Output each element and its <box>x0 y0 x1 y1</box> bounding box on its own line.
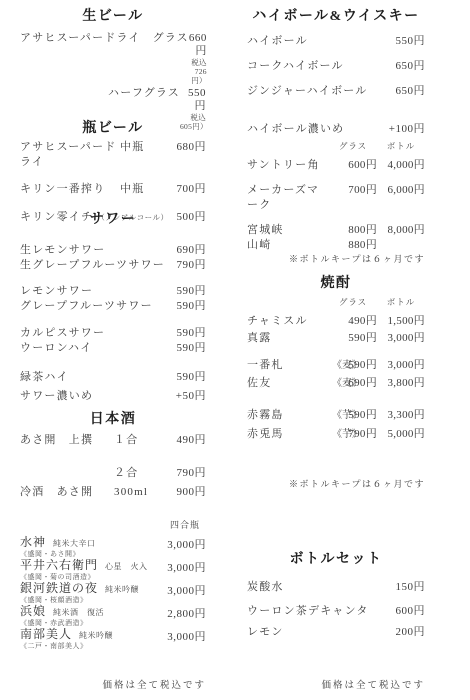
item-price: 650円 <box>396 59 426 74</box>
item-size: ２合 <box>114 466 160 481</box>
menu-item-row: 赤霧島 《芋》 590円 3,300円 <box>247 408 425 423</box>
item-name: 緑茶ハイ <box>20 370 69 385</box>
item-bottle-price: 8,000円 <box>377 223 425 238</box>
item-name: 真露 <box>247 331 329 346</box>
item-bottle-price: 4,000円 <box>377 158 425 173</box>
menu-item-row: 山崎 880円 <box>247 238 425 253</box>
bottle-column-header: ボトル <box>377 140 425 152</box>
item-name: 水神 <box>20 536 46 549</box>
item-name: コークハイボール <box>247 59 344 74</box>
item-name: ハイボール濃いめ <box>247 122 344 137</box>
section-shochu: 焼酎 <box>247 275 425 293</box>
item-price: 590円 <box>177 326 207 341</box>
item-name: 南部美人 <box>20 628 72 641</box>
item-bottle-price: 6,000円 <box>377 183 425 198</box>
item-name: 生レモンサワー <box>20 243 105 258</box>
item-glass-price: 700円 <box>329 183 377 198</box>
menu-item-row: ウーロンハイ 590円 <box>20 341 206 356</box>
item-price: +50円 <box>176 389 206 404</box>
shochu-list: チャミスル 490円 1,500円 真露 590円 3,000円 一番札 《麦》… <box>247 314 425 442</box>
item-spec: 純米吟醸 <box>79 629 113 642</box>
sake-bottle-item: 水神 純米大辛口 《盛岡・あさ開》 3,000円 <box>20 536 206 558</box>
section-title-sour: サワー <box>20 211 206 229</box>
menu-column-left: 生ビール アサヒスーパードライ グラス 660円 税込726円） ハーフグラス … <box>20 0 206 700</box>
item-size: 中瓶 <box>120 140 160 155</box>
price-column-headers: グラス ボトル <box>247 140 425 152</box>
section-title-bottle-set: ボトルセット <box>247 551 425 569</box>
item-price: 650円 <box>396 84 426 99</box>
sake-bottle-item: 銀河鉄道の夜 純米吟醸 《盛岡・桜顔酒造》 3,000円 <box>20 582 206 604</box>
menu-item-row: アサヒスーパードライ 中瓶 680円 <box>20 140 206 170</box>
sake-bottle-item: 浜娘 純米酒 復活 《盛岡・赤武酒造》 2,800円 <box>20 605 206 627</box>
section-draft-beer: 生ビール アサヒスーパードライ グラス 660円 税込726円） ハーフグラス … <box>20 8 206 131</box>
item-price: 790円 <box>160 466 206 481</box>
whisky-list: サントリー角 600円 4,000円 メーカーズマーク 700円 6,000円 … <box>247 158 425 253</box>
tax-included-note-left: 価格は全て税込です <box>20 677 206 691</box>
item-grain-type: 《麦》 <box>332 376 362 391</box>
menu-item-row: 宮城峡 800円 8,000円 <box>247 223 425 238</box>
item-name: 銀河鉄道の夜 <box>20 582 98 595</box>
section-title-sake: 日本酒 <box>20 411 206 429</box>
item-name: あさ開 上撰 <box>20 433 114 448</box>
item-price: 200円 <box>396 625 426 640</box>
item-name: 宮城峡 <box>247 223 329 238</box>
item-name: ジンジャーハイボール <box>247 84 367 99</box>
item-size: １合 <box>114 433 160 448</box>
menu-item-row: ハイボール 550円 <box>247 34 425 49</box>
item-name: アサヒスーパードライ <box>20 140 120 170</box>
section-title-draft-beer: 生ビール <box>20 8 206 26</box>
menu-item-row: 一番札 《麦》 590円 3,000円 <box>247 358 425 373</box>
item-name: 冷酒 あさ開 <box>20 485 114 500</box>
menu-item-row: サントリー角 600円 4,000円 <box>247 158 425 173</box>
menu-item-row: ウーロン茶デキャンタ 600円 <box>247 604 425 619</box>
item-price: 600円 <box>396 604 426 619</box>
menu-column-right: ハイボール&ウイスキー ハイボール 550円 コークハイボール 650円 ジンジ… <box>247 0 425 700</box>
menu-item-row: サワー濃いめ +50円 <box>20 389 206 404</box>
menu-item-row: ハイボール濃いめ +100円 <box>247 122 425 137</box>
item-size: ハーフグラス <box>20 86 180 101</box>
item-name: 佐友 <box>247 376 329 391</box>
section-title-highball: ハイボール&ウイスキー <box>247 8 425 26</box>
menu-item-row: チャミスル 490円 1,500円 <box>247 314 425 329</box>
menu-item-row: 炭酸水 150円 <box>247 580 425 595</box>
item-name: サワー濃いめ <box>20 389 93 404</box>
price-column-headers: グラス ボトル <box>247 296 425 308</box>
section-sake: 日本酒 あさ開 上撰 １合 490円 ２合 790円 冷酒 あさ開 300ml … <box>20 411 206 500</box>
menu-item-row: キリン一番搾り 中瓶 700円 <box>20 182 206 197</box>
item-price: 590円 <box>177 370 207 385</box>
item-name: アサヒスーパードライ <box>20 31 141 46</box>
menu-item-row: 佐友 《麦》 690円 3,800円 <box>247 376 425 391</box>
item-price: +100円 <box>389 122 425 137</box>
item-name: グレープフルーツサワー <box>20 299 153 314</box>
tax-included-note-right: 価格は全て税込です <box>247 677 425 691</box>
section-sake-bottles: 四合瓶 水神 純米大辛口 《盛岡・あさ開》 3,000円 平井六右衛門 心星 火… <box>20 518 206 651</box>
item-price: 680円 <box>160 140 206 155</box>
item-grain-type: 《麦》 <box>332 358 362 373</box>
glass-column-header: グラス <box>329 140 377 152</box>
item-name: キリン一番搾り <box>20 182 120 197</box>
menu-item-row: メーカーズマーク 700円 6,000円 <box>247 183 425 213</box>
item-price-block: 660円 税込726円） <box>189 32 207 85</box>
item-price: 3,000円 <box>167 628 206 644</box>
sake-bottle-item: 南部美人 純米吟醸 《二戸・南部美人》 3,000円 <box>20 628 206 650</box>
menu-item-row: レモンサワー 590円 <box>20 284 206 299</box>
menu-item-row: あさ開 上撰 １合 490円 <box>20 433 206 448</box>
menu-item-row: ジンジャーハイボール 650円 <box>247 84 425 99</box>
bottle-keep-note: ※ボトルキープは６ヶ月です <box>247 477 425 490</box>
menu-item-row: コークハイボール 650円 <box>247 59 425 74</box>
item-name: メーカーズマーク <box>247 183 329 213</box>
menu-item-row: 赤兎馬 《芋》 790円 5,000円 <box>247 427 425 442</box>
item-name: 炭酸水 <box>247 580 284 595</box>
item-price: 900円 <box>160 485 206 500</box>
item-name: レモンサワー <box>20 284 93 299</box>
section-title-bottled-beer: 瓶ビール <box>20 120 206 138</box>
item-name: ウーロン茶デキャンタ <box>247 604 369 619</box>
menu-item-row: 緑茶ハイ 590円 <box>20 370 206 385</box>
item-bottle-price: 3,000円 <box>377 358 425 373</box>
menu-item-row: ２合 790円 <box>20 466 206 481</box>
item-glass-price: 590円 <box>329 331 377 346</box>
item-name: ハイボール <box>247 34 308 49</box>
bottle-column-header: ボトル <box>377 296 425 308</box>
item-name: チャミスル <box>247 314 329 329</box>
item-price: 150円 <box>396 580 426 595</box>
item-price: 3,000円 <box>167 536 206 552</box>
item-glass-price: 800円 <box>329 223 377 238</box>
glass-column-header: グラス <box>329 296 377 308</box>
bottle-set-list: 炭酸水 150円 ウーロン茶デキャンタ 600円 レモン 200円 <box>247 580 425 640</box>
item-name: 浜娘 <box>20 605 46 618</box>
bottle-keep-note: ※ボトルキープは６ヶ月です <box>247 252 425 265</box>
item-name: 生グレープフルーツサワー <box>20 258 165 273</box>
sake-bottle-item: 平井六右衛門 心星 火入 《盛岡・菊の司酒造》 3,000円 <box>20 559 206 581</box>
item-size: グラス <box>153 31 189 46</box>
menu-item-row: 真露 590円 3,000円 <box>247 331 425 346</box>
item-name: 赤霧島 <box>247 408 329 423</box>
item-spec: 純米大辛口 <box>53 537 96 550</box>
item-price: 3,000円 <box>167 582 206 598</box>
item-name: 平井六右衛門 <box>20 559 98 572</box>
item-size: 中瓶 <box>120 182 160 197</box>
item-name: 赤兎馬 <box>247 427 329 442</box>
item-name: ウーロンハイ <box>20 341 92 356</box>
menu-item-row: アサヒスーパードライ グラス 660円 税込726円） <box>20 31 206 85</box>
item-price: 2,800円 <box>167 605 206 621</box>
section-highball: ハイボール&ウイスキー ハイボール 550円 コークハイボール 650円 ジンジ… <box>247 8 425 99</box>
section-title-shochu: 焼酎 <box>247 275 425 293</box>
section-bottle-set: ボトルセット <box>247 551 425 569</box>
item-grain-type: 《芋》 <box>332 427 362 442</box>
menu-item-row: 生グレープフルーツサワー 790円 <box>20 258 206 273</box>
item-price: 790円 <box>177 258 207 273</box>
item-price: 550円 <box>180 87 206 113</box>
section-sour: サワー 生レモンサワー 690円 生グレープフルーツサワー 790円 レモンサワ… <box>20 211 206 404</box>
item-bottle-price: 3,300円 <box>377 408 425 423</box>
item-name: 山崎 <box>247 238 329 253</box>
item-price: 550円 <box>396 34 426 49</box>
item-bottle-price: 3,800円 <box>377 376 425 391</box>
item-price: 590円 <box>177 299 207 314</box>
item-bottle-price: 5,000円 <box>377 427 425 442</box>
menu-item-row: 生レモンサワー 690円 <box>20 243 206 258</box>
item-glass-price: 490円 <box>329 314 377 329</box>
menu-item-row: 冷酒 あさ開 300ml 900円 <box>20 485 206 500</box>
item-price: 3,000円 <box>167 559 206 575</box>
item-price: 590円 <box>177 341 207 356</box>
item-name: カルピスサワー <box>20 326 105 341</box>
drink-menu-page: 生ビール アサヒスーパードライ グラス 660円 税込726円） ハーフグラス … <box>0 0 470 700</box>
item-tax-price: 税込726円） <box>189 58 207 85</box>
item-price: 490円 <box>160 433 206 448</box>
menu-item-row: レモン 200円 <box>247 625 425 640</box>
menu-item-row: カルピスサワー 590円 <box>20 326 206 341</box>
item-price: 690円 <box>177 243 207 258</box>
item-price: 590円 <box>177 284 207 299</box>
item-glass-price: 880円 <box>329 238 377 253</box>
section-bottled-beer: 瓶ビール アサヒスーパードライ 中瓶 680円 キリン一番搾り 中瓶 700円 … <box>20 120 206 225</box>
item-name: レモン <box>247 625 284 640</box>
item-spec: 純米酒 復活 <box>53 606 104 619</box>
item-glass-price: 600円 <box>329 158 377 173</box>
item-bottle-price: 1,500円 <box>377 314 425 329</box>
item-price: 700円 <box>160 182 206 197</box>
item-bottle-price: 3,000円 <box>377 331 425 346</box>
item-name: 一番札 <box>247 358 329 373</box>
item-spec: 心星 火入 <box>105 560 148 573</box>
item-spec: 純米吟醸 <box>105 583 139 596</box>
menu-item-row: グレープフルーツサワー 590円 <box>20 299 206 314</box>
item-size: 300ml <box>114 485 160 500</box>
item-name: サントリー角 <box>247 158 329 173</box>
item-grain-type: 《芋》 <box>332 408 362 423</box>
item-price: 660円 <box>189 32 207 58</box>
bottle-size-header: 四合瓶 <box>20 518 206 531</box>
